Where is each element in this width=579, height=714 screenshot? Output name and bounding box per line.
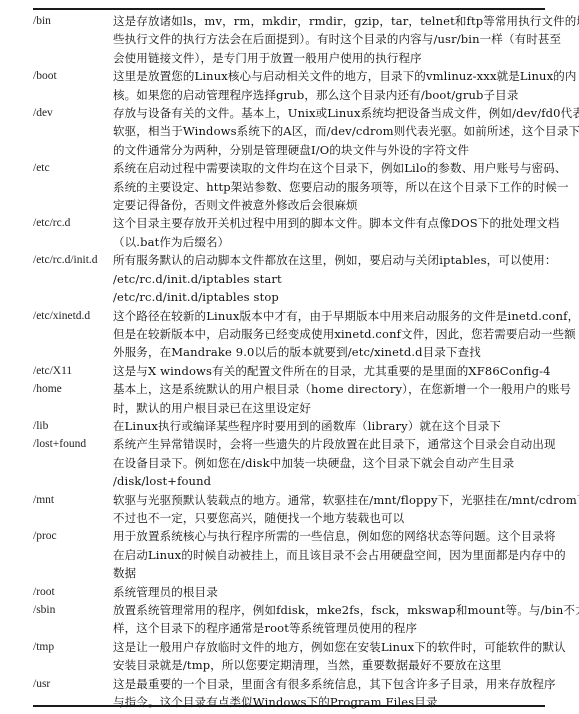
directory-description: 系统产生异常错误时，会将一些遗失的片段放置在此目录下，通常这个目录会自动出现在设… [113, 435, 556, 490]
description-line: 时，默认的用户根目录已在这里设定好 [113, 399, 571, 417]
directory-description: 存放与设备有关的文件。基本上，Unix或Linux系统均把设备当成文件，例如/d… [113, 104, 579, 159]
directory-description: 这是存放诸如ls，mv，rm，mkdir，rmdir，gzip，tar，teln… [113, 12, 579, 67]
directory-path: /mnt [33, 491, 113, 528]
directory-path: /bin [33, 12, 113, 67]
table-row: /tmp这是让一般用户存放临时文件的地方，例如您在安装Linux下的软件时，可能… [33, 638, 548, 675]
description-line: 外服务，在Mandrake 9.0以后的版本就要到/etc/xinetd.d目录… [113, 343, 579, 361]
table-row: /proc用于放置系统核心与执行程序所需的一些信息，例如您的网络状态等问题。这个… [33, 527, 548, 582]
description-line: 在Linux执行或编译某些程序时要用到的函数库（library）就在这个目录下 [113, 417, 548, 435]
description-line: 基本上，这是系统默认的用户根目录（home directory），在您新增一个一… [113, 380, 571, 398]
table-row: /boot这里是放置您的Linux核心与启动相关文件的地方，目录下的vmlinu… [33, 67, 548, 104]
directory-description: 放置系统管理常用的程序，例如fdisk，mke2fs，fsck，mkswap和m… [113, 601, 579, 638]
directory-path: /home [33, 380, 113, 417]
directory-description: 这里是放置您的Linux核心与启动相关文件的地方，目录下的vmlinuz-xxx… [113, 67, 577, 104]
directory-description: 所有服务默认的启动脚本文件都放在这里，例如，要启动与关闭iptables，可以使… [113, 251, 557, 306]
table-row: /etc系统在启动过程中需要读取的文件均在这个目录下，例如Lilo的参数、用户账… [33, 159, 548, 214]
description-line: 这是与X windows有关的配置文件所在的目录，尤其重要的是里面的XF86Co… [113, 362, 551, 380]
description-line: 与指令。这个目录有点类似Windows下的Program Files目录 [113, 693, 556, 711]
table-row: /etc/xinetd.d这个路径在较新的Linux版本中才有，由于早期版本中用… [33, 307, 548, 362]
directory-description: 这是让一般用户存放临时文件的地方，例如您在安装Linux下的软件时，可能软件的默… [113, 638, 566, 675]
description-line: 系统的主要设定、http架站参数、您要启动的服务项等，所以在这个目录下工作的时候… [113, 178, 569, 196]
description-line: 样，这个目录下的程序通常是root等系统管理员使用的程序 [113, 619, 579, 637]
description-line: 放置系统管理常用的程序，例如fdisk，mke2fs，fsck，mkswap和m… [113, 601, 579, 619]
description-line: 的文件通常分为两种，分别是管理硬盘I/O的块文件与外设的字符文件 [113, 141, 579, 159]
directory-table: /bin这是存放诸如ls，mv，rm，mkdir，rmdir，gzip，tar，… [33, 12, 548, 711]
description-line: 些执行文件的执行方法会在后面提到）。有时这个目录的内容与/usr/bin一样（有… [113, 30, 579, 48]
description-line: 系统管理员的根目录 [113, 583, 548, 601]
description-line: 这是最重要的一个目录，里面含有很多系统信息，其下包含许多子目录，用来存放程序 [113, 675, 556, 693]
description-line: 这个目录主要存放开关机过程中用到的脚本文件。脚本文件有点像DOS下的批处理文档 [113, 214, 559, 232]
description-line: 系统在启动过程中需要读取的文件均在这个目录下，例如Lilo的参数、用户账号与密码… [113, 159, 569, 177]
description-line: /etc/rc.d/init.d/iptables start [113, 270, 557, 288]
description-line: 系统产生异常错误时，会将一些遗失的片段放置在此目录下，通常这个目录会自动出现 [113, 435, 556, 453]
table-row: /sbin放置系统管理常用的程序，例如fdisk，mke2fs，fsck，mks… [33, 601, 548, 638]
table-row: /etc/rc.d这个目录主要存放开关机过程中用到的脚本文件。脚本文件有点像DO… [33, 214, 548, 251]
directory-path: /etc [33, 159, 113, 214]
directory-path: /etc/xinetd.d [33, 307, 113, 362]
table-row: /bin这是存放诸如ls，mv，rm，mkdir，rmdir，gzip，tar，… [33, 12, 548, 67]
description-line: 数据 [113, 564, 566, 582]
description-line: 会使用链接文件），是专门用于放置一般用户使用的执行程序 [113, 49, 579, 67]
directory-description: 系统管理员的根目录 [113, 583, 548, 601]
directory-description: 这个路径在较新的Linux版本中才有，由于早期版本中用来启动服务的文件是inet… [113, 307, 579, 362]
directory-path: /lib [33, 417, 113, 435]
directory-path: /sbin [33, 601, 113, 638]
description-line: 软驱与光驱预默认装载点的地方。通常，软驱挂在/mnt/floppy下，光驱挂在/… [113, 491, 579, 509]
table-bottom-rule [33, 705, 545, 707]
description-line: /disk/lost+found [113, 472, 556, 490]
table-row: /home基本上，这是系统默认的用户根目录（home directory），在您… [33, 380, 548, 417]
description-line: 定要记得备份，否则文件被意外修改后会很麻烦 [113, 196, 569, 214]
description-line: 用于放置系统核心与执行程序所需的一些信息，例如您的网络状态等问题。这个目录将 [113, 527, 566, 545]
directory-description: 软驱与光驱预默认装载点的地方。通常，软驱挂在/mnt/floppy下，光驱挂在/… [113, 491, 579, 528]
directory-path: /etc/X11 [33, 362, 113, 380]
table-row: /dev存放与设备有关的文件。基本上，Unix或Linux系统均把设备当成文件，… [33, 104, 548, 159]
description-line: 在启动Linux的时候自动被挂上，而且该目录不会占用硬盘空间，因为里面都是内存中… [113, 546, 566, 564]
directory-path: /proc [33, 527, 113, 582]
description-line: 软驱，相当于Windows系统下的A区，而/dev/cdrom则代表光驱。如前所… [113, 122, 579, 140]
description-line: 所有服务默认的启动脚本文件都放在这里，例如，要启动与关闭iptables，可以使… [113, 251, 557, 269]
table-row: /etc/X11这是与X windows有关的配置文件所在的目录，尤其重要的是里… [33, 362, 548, 380]
table-top-rule [33, 8, 545, 10]
table-row: /lost+found系统产生异常错误时，会将一些遗失的片段放置在此目录下，通常… [33, 435, 548, 490]
directory-path: /root [33, 583, 113, 601]
description-line: 这是让一般用户存放临时文件的地方，例如您在安装Linux下的软件时，可能软件的默… [113, 638, 566, 656]
table-row: /etc/rc.d/init.d所有服务默认的启动脚本文件都放在这里，例如，要启… [33, 251, 548, 306]
description-line: 在设备目录下。例如您在/disk中加装一块硬盘，这个目录下就会自动产生目录 [113, 454, 556, 472]
directory-path: /etc/rc.d/init.d [33, 251, 113, 306]
directory-path: /dev [33, 104, 113, 159]
description-line: 这里是放置您的Linux核心与启动相关文件的地方，目录下的vmlinuz-xxx… [113, 67, 577, 85]
directory-description: 这是与X windows有关的配置文件所在的目录，尤其重要的是里面的XF86Co… [113, 362, 551, 380]
directory-path: /tmp [33, 638, 113, 675]
description-line: 存放与设备有关的文件。基本上，Unix或Linux系统均把设备当成文件，例如/d… [113, 104, 579, 122]
directory-description: 用于放置系统核心与执行程序所需的一些信息，例如您的网络状态等问题。这个目录将在启… [113, 527, 566, 582]
directory-path: /boot [33, 67, 113, 104]
description-line: 这是存放诸如ls，mv，rm，mkdir，rmdir，gzip，tar，teln… [113, 12, 579, 30]
description-line: 安装目录就是/tmp，所以您要定期清理，当然，重要数据最好不要放在这里 [113, 656, 566, 674]
description-line: 这个路径在较新的Linux版本中才有，由于早期版本中用来启动服务的文件是inet… [113, 307, 579, 325]
directory-description: 基本上，这是系统默认的用户根目录（home directory），在您新增一个一… [113, 380, 571, 417]
directory-path: /lost+found [33, 435, 113, 490]
directory-path: /etc/rc.d [33, 214, 113, 251]
table-row: /mnt软驱与光驱预默认装载点的地方。通常，软驱挂在/mnt/floppy下，光… [33, 491, 548, 528]
directory-description: 系统在启动过程中需要读取的文件均在这个目录下，例如Lilo的参数、用户账号与密码… [113, 159, 569, 214]
table-row: /lib在Linux执行或编译某些程序时要用到的函数库（library）就在这个… [33, 417, 548, 435]
description-line: /etc/rc.d/init.d/iptables stop [113, 288, 557, 306]
directory-description: 这个目录主要存放开关机过程中用到的脚本文件。脚本文件有点像DOS下的批处理文档（… [113, 214, 559, 251]
description-line: 不过也不一定，只要您高兴，随便找一个地方装载也可以 [113, 509, 579, 527]
description-line: （以.bat作为后缀名） [113, 233, 559, 251]
table-row: /root系统管理员的根目录 [33, 583, 548, 601]
description-line: 但是在较新版本中，启动服务已经变成使用xinetd.conf文件，因此，您若需要… [113, 325, 579, 343]
description-line: 核。如果您的启动管理程序选择grub，那么这个目录内还有/boot/grub子目… [113, 86, 577, 104]
directory-description: 在Linux执行或编译某些程序时要用到的函数库（library）就在这个目录下 [113, 417, 548, 435]
